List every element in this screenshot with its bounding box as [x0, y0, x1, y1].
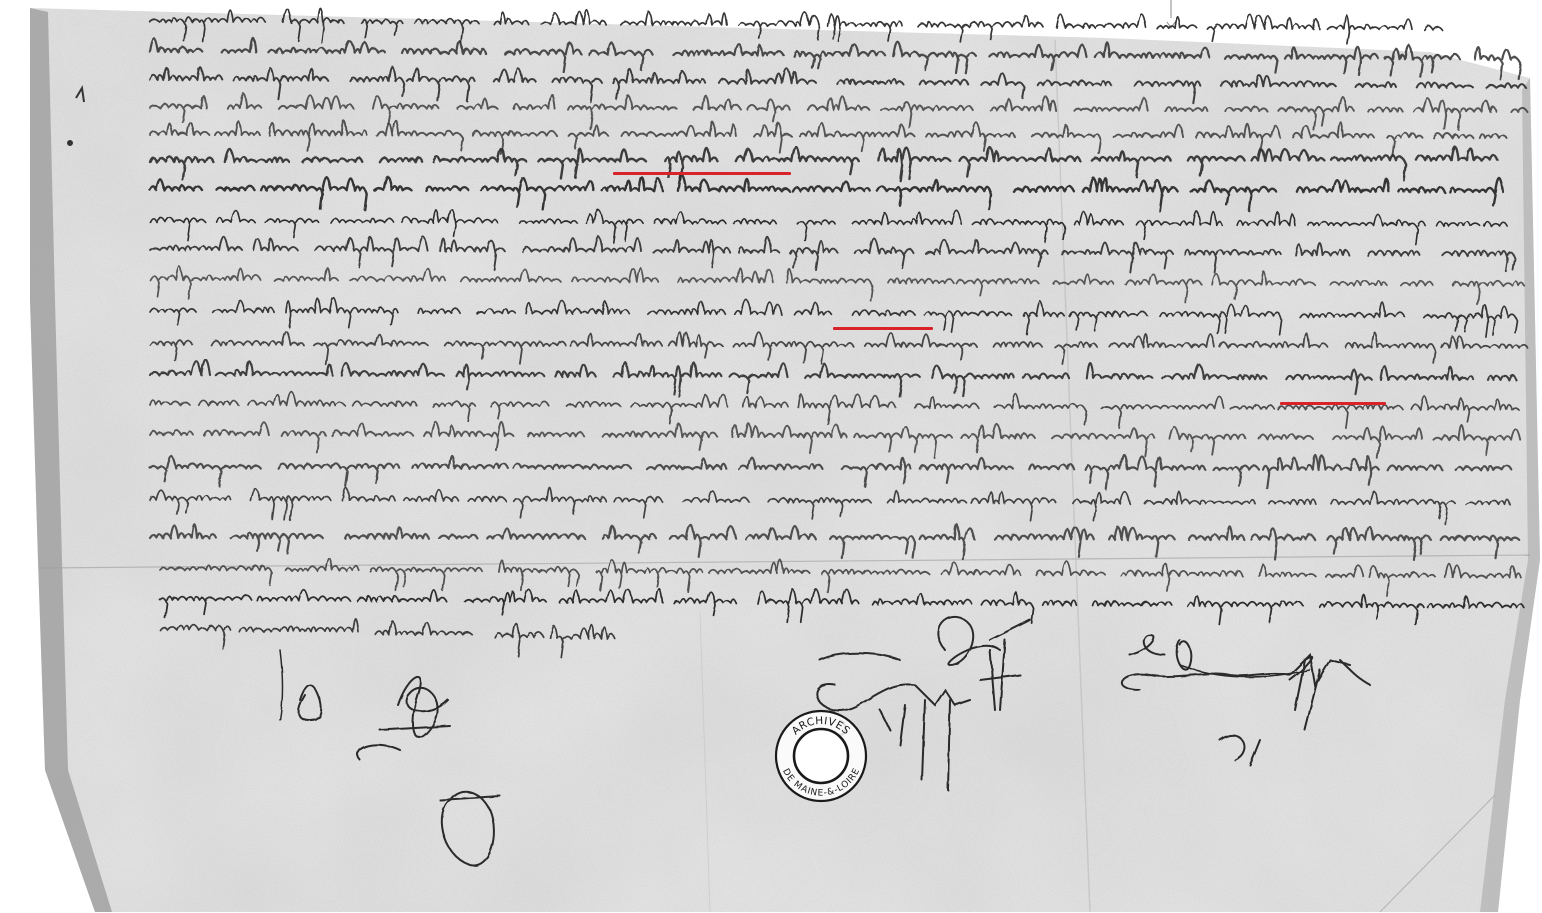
red-underline-2	[833, 327, 933, 330]
scanned-document: Lesfendre Lesfendre Lesfendre ARCHIVES D…	[0, 0, 1542, 913]
archive-stamp: ARCHIVES DE MAINE-&-LOIRE	[773, 708, 869, 804]
red-underline-1	[613, 172, 791, 175]
parchment-sheet	[0, 0, 1542, 913]
margin-mark-top-right	[1167, 0, 1175, 28]
red-underline-3	[1280, 402, 1386, 405]
